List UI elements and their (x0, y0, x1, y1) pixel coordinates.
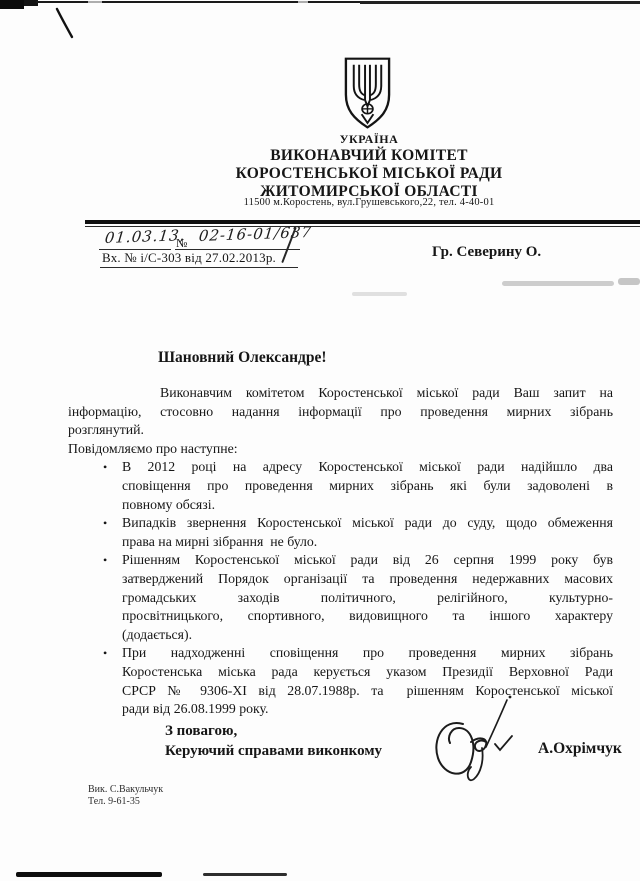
text-line: просвітницького, спортивного, видовищног… (122, 607, 613, 626)
executor-phone: Тел. 9-61-35 (88, 796, 163, 808)
bullet-item: •Випадків звернення Коростенської місько… (68, 514, 613, 551)
letterhead-org-line1: ВИКОНАВЧИЙ КОМІТЕТ (97, 147, 640, 165)
letterhead-country: УКРАЇНА (97, 132, 640, 147)
text-line: Коростенська міська рада керується указо… (122, 663, 613, 682)
bullet-item: •При надходженні сповіщення про проведен… (68, 644, 613, 718)
text-line: повному обсязі. (122, 496, 613, 515)
bullet-lines: При надходженні сповіщення про проведенн… (122, 644, 613, 718)
text-line: СРСР № 9306-XI від 28.07.1988р. та рішен… (122, 682, 613, 701)
text-line: ради від 26.08.1999 року. (122, 700, 613, 719)
bullet-lines: В 2012 році на адресу Коростенської місь… (122, 458, 613, 514)
scan-smudge (618, 278, 640, 285)
scan-bottom-bar (203, 873, 287, 876)
text-line: інформацію, стосовно надання інформації … (68, 403, 613, 422)
text-line: В 2012 році на адресу Коростенської місь… (122, 458, 613, 477)
scan-top-edge-line (360, 1, 640, 4)
incoming-stamp: Вх. № і/С-303 від 27.02.2013р. (102, 250, 276, 266)
text-line: Виконавчим комітетом Коростенської міськ… (68, 384, 613, 403)
addressee: Гр. Северину О. (432, 244, 541, 261)
scan-line-gap (88, 1, 102, 4)
blank-underline (100, 267, 298, 268)
bullet-dot-icon: • (68, 458, 122, 514)
bullet-dot-icon: • (68, 644, 122, 718)
salutation: Шановний Олександре! (158, 349, 327, 367)
bullet-dot-icon: • (68, 551, 122, 644)
text-line: Рішенням Коростенської міської ради від … (122, 551, 613, 570)
bullet-item: •Рішенням Коростенської міської ради від… (68, 551, 613, 644)
bullet-dot-icon: • (68, 514, 122, 551)
text-line: громадських заходів політичного, релігій… (122, 589, 613, 608)
letterhead-org-line2: КОРОСТЕНСЬКОЇ МІСЬКОЇ РАДИ (97, 165, 640, 183)
closing-position: Керуючий справами виконкому (165, 742, 382, 762)
bullet-item: •В 2012 році на адресу Коростенської міс… (68, 458, 613, 514)
bullet-list: •В 2012 році на адресу Коростенської міс… (68, 458, 613, 718)
text-line: (додається). (122, 626, 613, 645)
text-line: затверджений Порядок організації та пров… (122, 570, 613, 589)
bullet-lines: Рішенням Коростенської міської ради від … (122, 551, 613, 644)
signer-name: А.Охрімчук (538, 740, 622, 758)
closing-block: З повагою, Керуючий справами виконкому (165, 722, 382, 761)
text-line: сповіщення про проведення мирних зібрань… (122, 477, 613, 496)
scan-bottom-bar (16, 872, 162, 877)
executor-name: Вик. С.Вакульчук (88, 784, 163, 796)
bullet-lines: Випадків звернення Коростенської міської… (122, 514, 613, 551)
text-line: розглянутий. (68, 421, 613, 440)
scan-smudge (502, 281, 614, 286)
letter-body: Виконавчим комітетом Коростенської міськ… (68, 384, 613, 719)
closing-regards: З повагою, (165, 722, 382, 742)
notice-line: Повідомляємо про наступне: (68, 440, 613, 459)
pen-stroke-mark (52, 6, 78, 42)
text-line: Випадків звернення Коростенської міської… (122, 514, 613, 533)
paragraph-1: Виконавчим комітетом Коростенської міськ… (68, 384, 613, 440)
executor-block: Вик. С.Вакульчук Тел. 9-61-35 (88, 784, 163, 807)
ukraine-trident-emblem-icon (341, 56, 394, 130)
scan-corner-mark (0, 0, 24, 9)
letterhead-rule-thick (85, 220, 640, 224)
text-line: При надходженні сповіщення про проведенн… (122, 644, 613, 663)
scan-line-gap (298, 1, 308, 4)
scan-smudge (352, 292, 407, 296)
scanned-letter-page: УКРАЇНА ВИКОНАВЧИЙ КОМІТЕТ КОРОСТЕНСЬКОЇ… (0, 0, 640, 881)
letterhead-address: 11500 м.Коростень, вул.Грушевського,22, … (97, 197, 640, 208)
text-line: права на мирні зібрання не було. (122, 533, 613, 552)
handwritten-date: 01.03.13, (104, 226, 186, 247)
handwritten-signature (425, 690, 530, 790)
